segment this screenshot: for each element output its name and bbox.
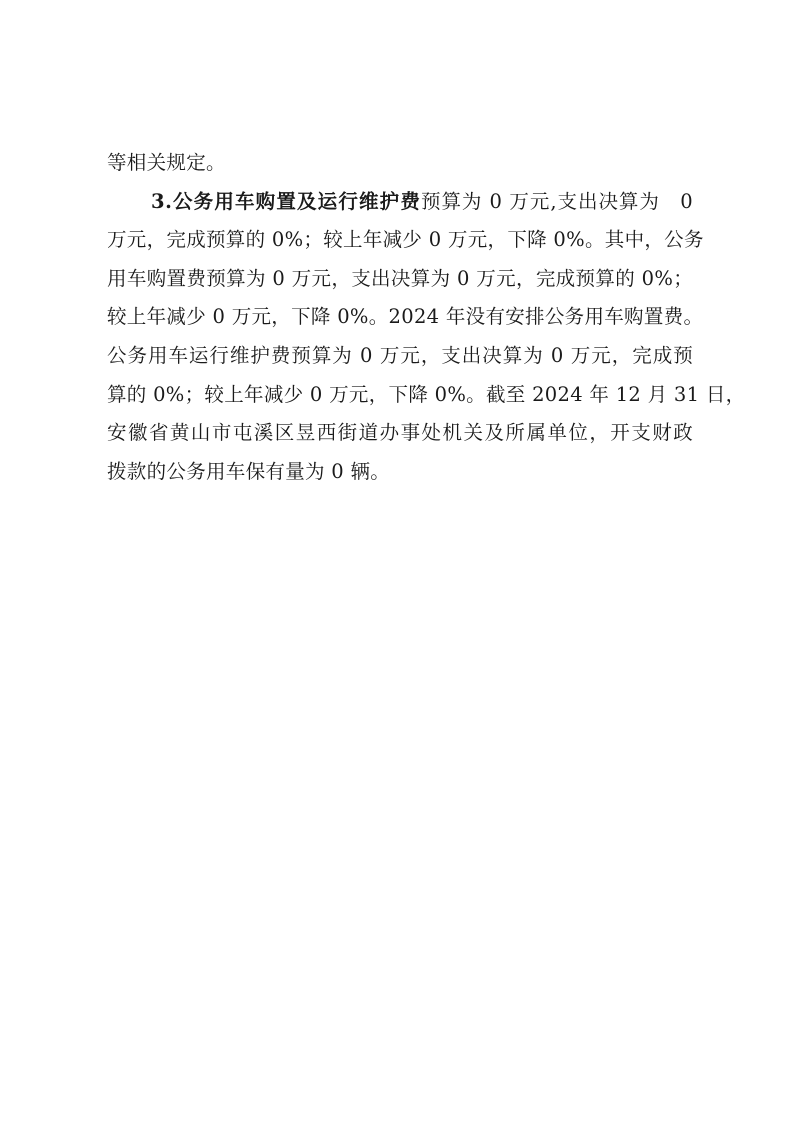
text-line: 公务用车运行维护费预算为 0 万元，支出决算为 0 万元，完成预 (107, 344, 693, 367)
text-line: 安徽省黄山市屯溪区昱西街道办事处机关及所属单位，开支财政 (107, 421, 693, 444)
paragraph-line: 算的 0%；较上年减少 0 万元，下降 0%。截至 2024 年 12 月 31… (107, 380, 693, 419)
paragraph-line: 拨款的公务用车保有量为 0 辆。 (107, 457, 693, 496)
text-line: 拨款的公务用车保有量为 0 辆。 (107, 460, 390, 483)
text-line: 等相关规定。 (107, 151, 226, 174)
text-line: 较上年减少 0 万元，下降 0%。2024 年没有安排公务用车购置费。 (107, 305, 703, 328)
text-line: 预算为 0 万元,支出决算为 0 (421, 190, 693, 213)
document-body: 等相关规定。 3.公务用车购置及运行维护费预算为 0 万元,支出决算为 0 万元… (107, 148, 693, 495)
text-line: 用车购置费预算为 0 万元，支出决算为 0 万元，完成预算的 0%； (107, 267, 693, 290)
text-line: 万元，完成预算的 0%；较上年减少 0 万元，下降 0%。其中，公务 (107, 228, 704, 251)
paragraph-line: 安徽省黄山市屯溪区昱西街道办事处机关及所属单位，开支财政 (107, 418, 693, 457)
text-line: 算的 0%；较上年减少 0 万元，下降 0%。截至 2024 年 12 月 31… (107, 383, 745, 406)
paragraph-line: 用车购置费预算为 0 万元，支出决算为 0 万元，完成预算的 0%； (107, 264, 693, 303)
document-page: 等相关规定。 3.公务用车购置及运行维护费预算为 0 万元,支出决算为 0 万元… (0, 0, 793, 1122)
paragraph-line: 公务用车运行维护费预算为 0 万元，支出决算为 0 万元，完成预 (107, 341, 693, 380)
section-heading: 3.公务用车购置及运行维护费 (151, 190, 421, 213)
section-heading-line: 3.公务用车购置及运行维护费预算为 0 万元,支出决算为 0 (107, 187, 693, 226)
paragraph-continuation-line: 等相关规定。 (107, 148, 693, 187)
paragraph-line: 万元，完成预算的 0%；较上年减少 0 万元，下降 0%。其中，公务 (107, 225, 693, 264)
paragraph-line: 较上年减少 0 万元，下降 0%。2024 年没有安排公务用车购置费。 (107, 302, 693, 341)
